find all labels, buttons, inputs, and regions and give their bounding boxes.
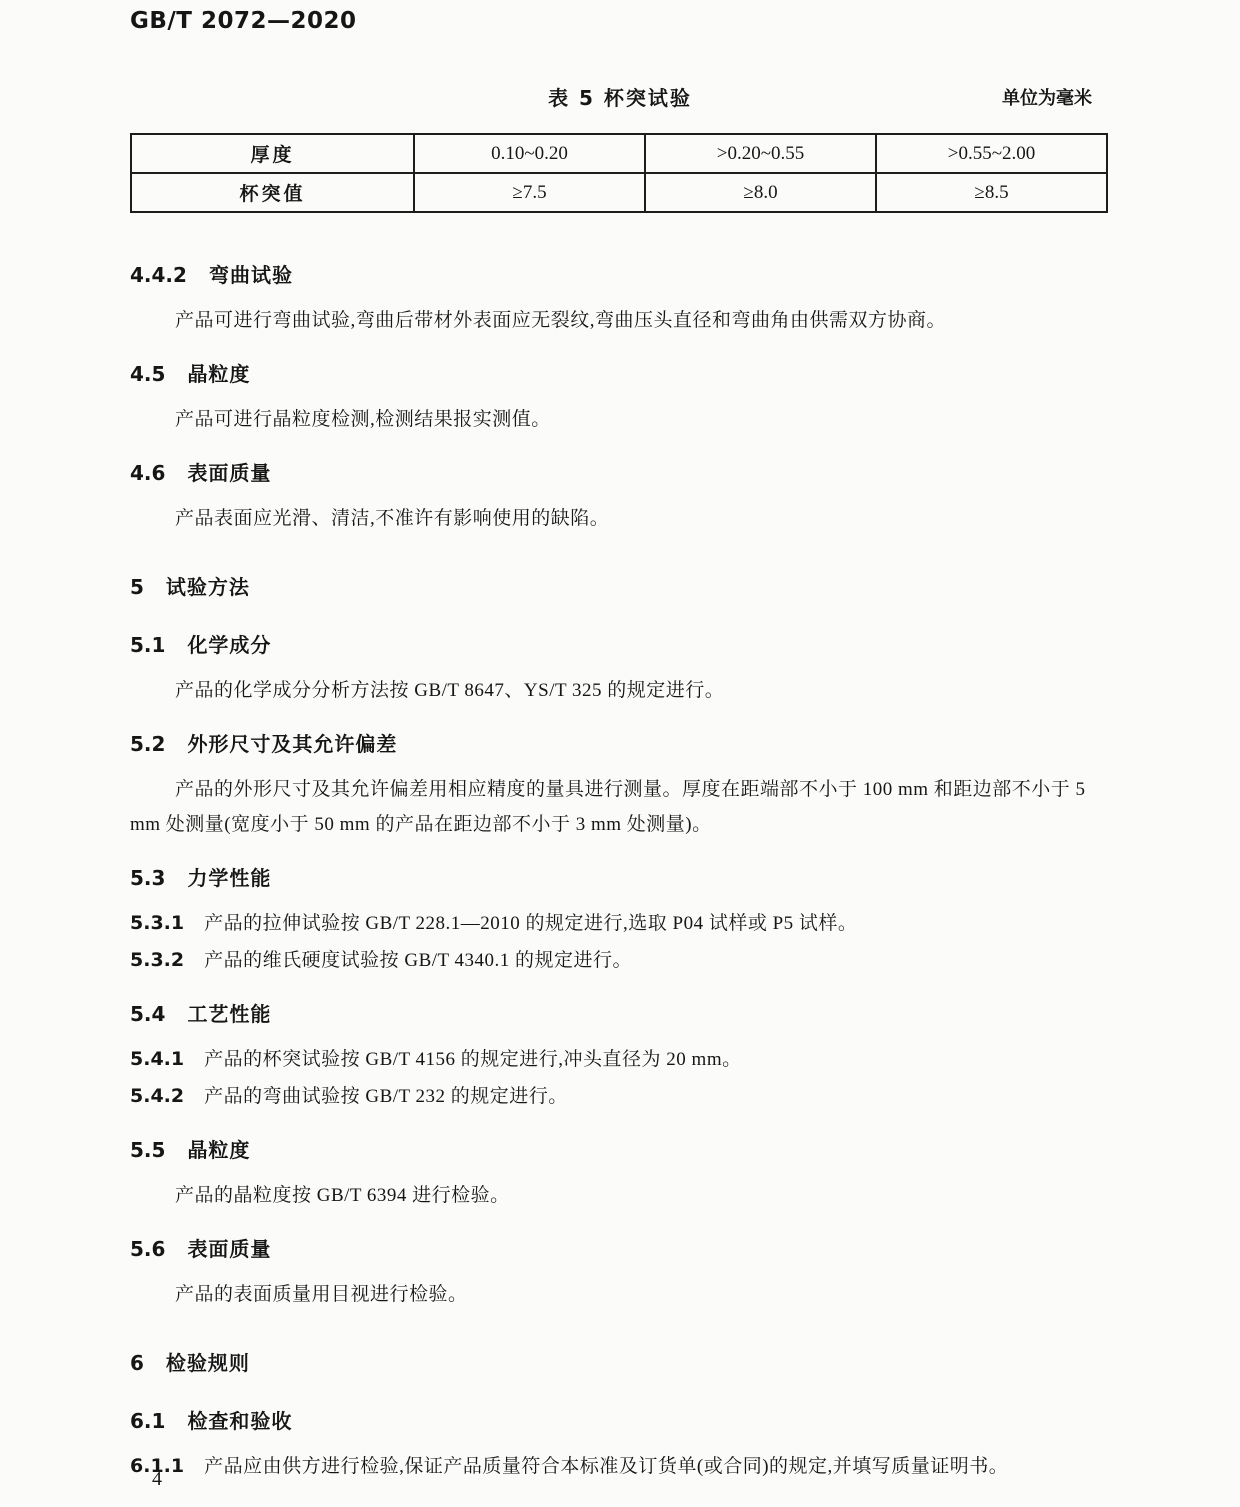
row-label-cell: 厚度 <box>131 134 414 173</box>
value-cell: ≥8.5 <box>876 173 1107 212</box>
clause-text: 晶粒度 <box>187 1138 250 1162</box>
document-page: GB/T 2072—2020 表 5 杯突试验 单位为毫米 厚度0.10~0.2… <box>0 0 1240 1507</box>
paragraph: 产品可进行晶粒度检测,检测结果报实测值。 <box>130 402 1113 437</box>
clause-number: 5.4.2 <box>130 1085 184 1107</box>
paragraph: 产品的表面质量用目视进行检验。 <box>130 1277 1113 1312</box>
clause-text: 检查和验收 <box>187 1409 292 1433</box>
clause-number: 4.4.2 <box>130 263 187 287</box>
clause-text: 产品的杯突试验按 GB/T 4156 的规定进行,冲头直径为 20 mm。 <box>204 1049 742 1070</box>
section-heading: 5.2外形尺寸及其允许偏差 <box>130 730 1113 758</box>
clause-number: 5.1 <box>130 633 165 657</box>
value-cell: >0.55~2.00 <box>876 134 1107 173</box>
clause-number: 5 <box>130 575 144 599</box>
cupping-test-table: 厚度0.10~0.20>0.20~0.55>0.55~2.00杯突值≥7.5≥8… <box>130 133 1108 213</box>
document-body: 4.4.2弯曲试验产品可进行弯曲试验,弯曲后带材外表面应无裂纹,弯曲压头直径和弯… <box>0 215 1240 1484</box>
clause-text: 产品的拉伸试验按 GB/T 228.1—2010 的规定进行,选取 P04 试样… <box>204 913 857 934</box>
clause-number: 5.3.2 <box>130 949 184 971</box>
table-zone: 表 5 杯突试验 单位为毫米 厚度0.10~0.20>0.20~0.55>0.5… <box>130 82 1110 213</box>
clause-number: 5.2 <box>130 732 165 756</box>
value-cell: ≥8.0 <box>645 173 876 212</box>
clause-number: 5.5 <box>130 1138 165 1162</box>
clause-text: 检验规则 <box>166 1351 250 1375</box>
section-heading: 6.1检查和验收 <box>130 1407 1113 1435</box>
paragraph: 产品的晶粒度按 GB/T 6394 进行检验。 <box>130 1178 1113 1213</box>
table-row: 杯突值≥7.5≥8.0≥8.5 <box>131 173 1107 212</box>
clause-text: 弯曲试验 <box>209 263 293 287</box>
table-row: 厚度0.10~0.20>0.20~0.55>0.55~2.00 <box>131 134 1107 173</box>
clause-number: 5.3.1 <box>130 912 184 934</box>
table-caption-row: 表 5 杯突试验 单位为毫米 <box>130 82 1110 112</box>
clause-text: 化学成分 <box>187 633 271 657</box>
clause-text: 外形尺寸及其允许偏差 <box>187 732 397 756</box>
clause-paragraph: 5.3.1产品的拉伸试验按 GB/T 228.1—2010 的规定进行,选取 P… <box>130 906 1113 941</box>
clause-text: 试验方法 <box>166 575 250 599</box>
clause-text: 力学性能 <box>187 866 271 890</box>
clause-number: 5.4.1 <box>130 1048 184 1070</box>
chapter-heading: 5试验方法 <box>130 573 1113 601</box>
value-cell: 0.10~0.20 <box>414 134 645 173</box>
clause-text: 产品的维氏硬度试验按 GB/T 4340.1 的规定进行。 <box>204 950 632 971</box>
section-heading: 5.5晶粒度 <box>130 1136 1113 1164</box>
table-caption: 表 5 杯突试验 <box>130 82 1110 111</box>
clause-paragraph: 5.4.2产品的弯曲试验按 GB/T 232 的规定进行。 <box>130 1079 1113 1114</box>
section-heading: 4.4.2弯曲试验 <box>130 261 1113 289</box>
clause-number: 4.5 <box>130 362 165 386</box>
section-heading: 5.3力学性能 <box>130 864 1113 892</box>
clause-paragraph: 5.3.2产品的维氏硬度试验按 GB/T 4340.1 的规定进行。 <box>130 943 1113 978</box>
section-heading: 5.4工艺性能 <box>130 1000 1113 1028</box>
clause-number: 6.1 <box>130 1409 165 1433</box>
row-label-cell: 杯突值 <box>131 173 414 212</box>
section-heading: 5.6表面质量 <box>130 1235 1113 1263</box>
value-cell: ≥7.5 <box>414 173 645 212</box>
clause-text: 表面质量 <box>187 1237 271 1261</box>
paragraph: 产品的化学成分分析方法按 GB/T 8647、YS/T 325 的规定进行。 <box>130 673 1113 708</box>
value-cell: >0.20~0.55 <box>645 134 876 173</box>
clause-paragraph: 6.1.1产品应由供方进行检验,保证产品质量符合本标准及订货单(或合同)的规定,… <box>130 1449 1113 1484</box>
clause-text: 晶粒度 <box>187 362 250 386</box>
standard-number-header: GB/T 2072—2020 <box>130 8 357 34</box>
clause-text: 工艺性能 <box>187 1002 271 1026</box>
clause-number: 5.4 <box>130 1002 165 1026</box>
section-heading: 5.1化学成分 <box>130 631 1113 659</box>
paragraph: 产品表面应光滑、清洁,不准许有影响使用的缺陷。 <box>130 501 1113 536</box>
chapter-heading: 6检验规则 <box>130 1349 1113 1377</box>
clause-number: 4.6 <box>130 461 165 485</box>
paragraph: 产品可进行弯曲试验,弯曲后带材外表面应无裂纹,弯曲压头直径和弯曲角由供需双方协商… <box>130 303 1113 338</box>
clause-number: 6 <box>130 1351 144 1375</box>
section-heading: 4.6表面质量 <box>130 459 1113 487</box>
cupping-table-body: 厚度0.10~0.20>0.20~0.55>0.55~2.00杯突值≥7.5≥8… <box>131 134 1107 212</box>
clause-number: 5.3 <box>130 866 165 890</box>
paragraph: 产品的外形尺寸及其允许偏差用相应精度的量具进行测量。厚度在距端部不小于 100 … <box>130 772 1113 842</box>
page-number: 4 <box>152 1468 162 1491</box>
section-heading: 4.5晶粒度 <box>130 360 1113 388</box>
clause-paragraph: 5.4.1产品的杯突试验按 GB/T 4156 的规定进行,冲头直径为 20 m… <box>130 1042 1113 1077</box>
table-unit-note: 单位为毫米 <box>1002 84 1092 110</box>
clause-text: 产品的弯曲试验按 GB/T 232 的规定进行。 <box>204 1086 568 1107</box>
clause-number: 5.6 <box>130 1237 165 1261</box>
clause-text: 产品应由供方进行检验,保证产品质量符合本标准及订货单(或合同)的规定,并填写质量… <box>204 1456 1008 1477</box>
clause-text: 表面质量 <box>187 461 271 485</box>
